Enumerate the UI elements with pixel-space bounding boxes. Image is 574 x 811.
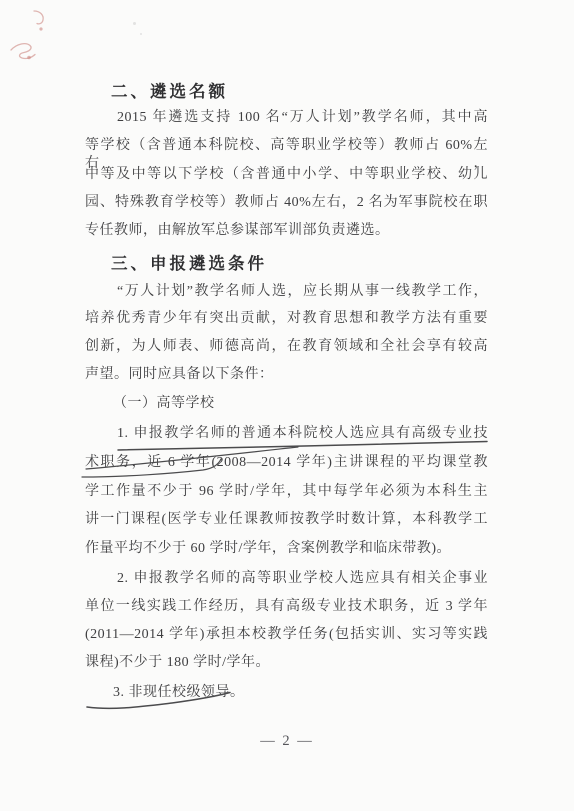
red-ink-mark-small	[34, 11, 43, 24]
body-line: 专任教师，由解放军总参谋部军训部负责遴选。	[85, 222, 488, 240]
red-ink-mark-loop	[11, 44, 35, 59]
body-line: 讲一门课程(医学专业任课教师按教学时数计算，本科教学工	[85, 511, 488, 529]
page-number: — 2 —	[0, 733, 574, 750]
body-line: 声望。同时应具备以下条件：	[85, 366, 488, 384]
body-line: (2011—2014 学年)承担本校教学任务(包括实训、实习等实践	[85, 626, 488, 644]
body-line: 2015 年遴选支持 100 名“万人计划”教学名师，其中高	[117, 109, 488, 127]
body-line: 学工作量不少于 96 学时/学年，其中每学年必须为本科生主	[85, 483, 488, 501]
body-line: 创新，为人师表、师德高尚，在教育领域和全社会享有较高	[85, 338, 488, 356]
scan-speck	[133, 22, 136, 25]
body-line: “万人计划”教学名师人选，应长期从事一线教学工作，	[117, 283, 488, 301]
body-line: 作量平均不少于 60 学时/学年，含案例教学和临床带教)。	[85, 540, 488, 558]
body-line: 课程)不少于 180 学时/学年。	[85, 654, 488, 672]
body-line: 单位一线实践工作经历，具有高级专业技术职务，近 3 学年	[85, 598, 488, 616]
body-line: 园、特殊教育学校等）教师占 40%左右，2 名为军事院校在职	[85, 194, 488, 212]
body-line: 培养优秀青少年有突出贡献，对教育思想和教学方法有重要	[85, 310, 488, 328]
body-line-underlined: 术职务，近 6 学年(2008—2014 学年)主讲课程的平均课堂教	[85, 454, 488, 472]
body-line-underlined: 1. 申报教学名师的普通本科院校人选应具有高级专业技	[117, 425, 488, 443]
section-heading-conditions: 三、申报遴选条件	[111, 254, 267, 274]
section-heading-quota: 二、遴选名额	[111, 82, 228, 102]
scanned-document-page: 二、遴选名额 2015 年遴选支持 100 名“万人计划”教学名师，其中高 等学…	[0, 0, 574, 811]
red-ink-dot-small	[39, 27, 42, 30]
body-line-underlined: 3. 非现任校级领导。	[113, 684, 516, 702]
body-line: 中等及中等以下学校（含普通中小学、中等职业学校、幼儿	[85, 166, 488, 184]
body-line: 2. 申报教学名师的高等职业学校人选应具有相关企事业	[117, 570, 488, 588]
scan-speck	[140, 33, 142, 35]
subsection-heading-higher-education: （一）高等学校	[113, 395, 516, 413]
red-ink-dot-loop	[27, 56, 31, 60]
